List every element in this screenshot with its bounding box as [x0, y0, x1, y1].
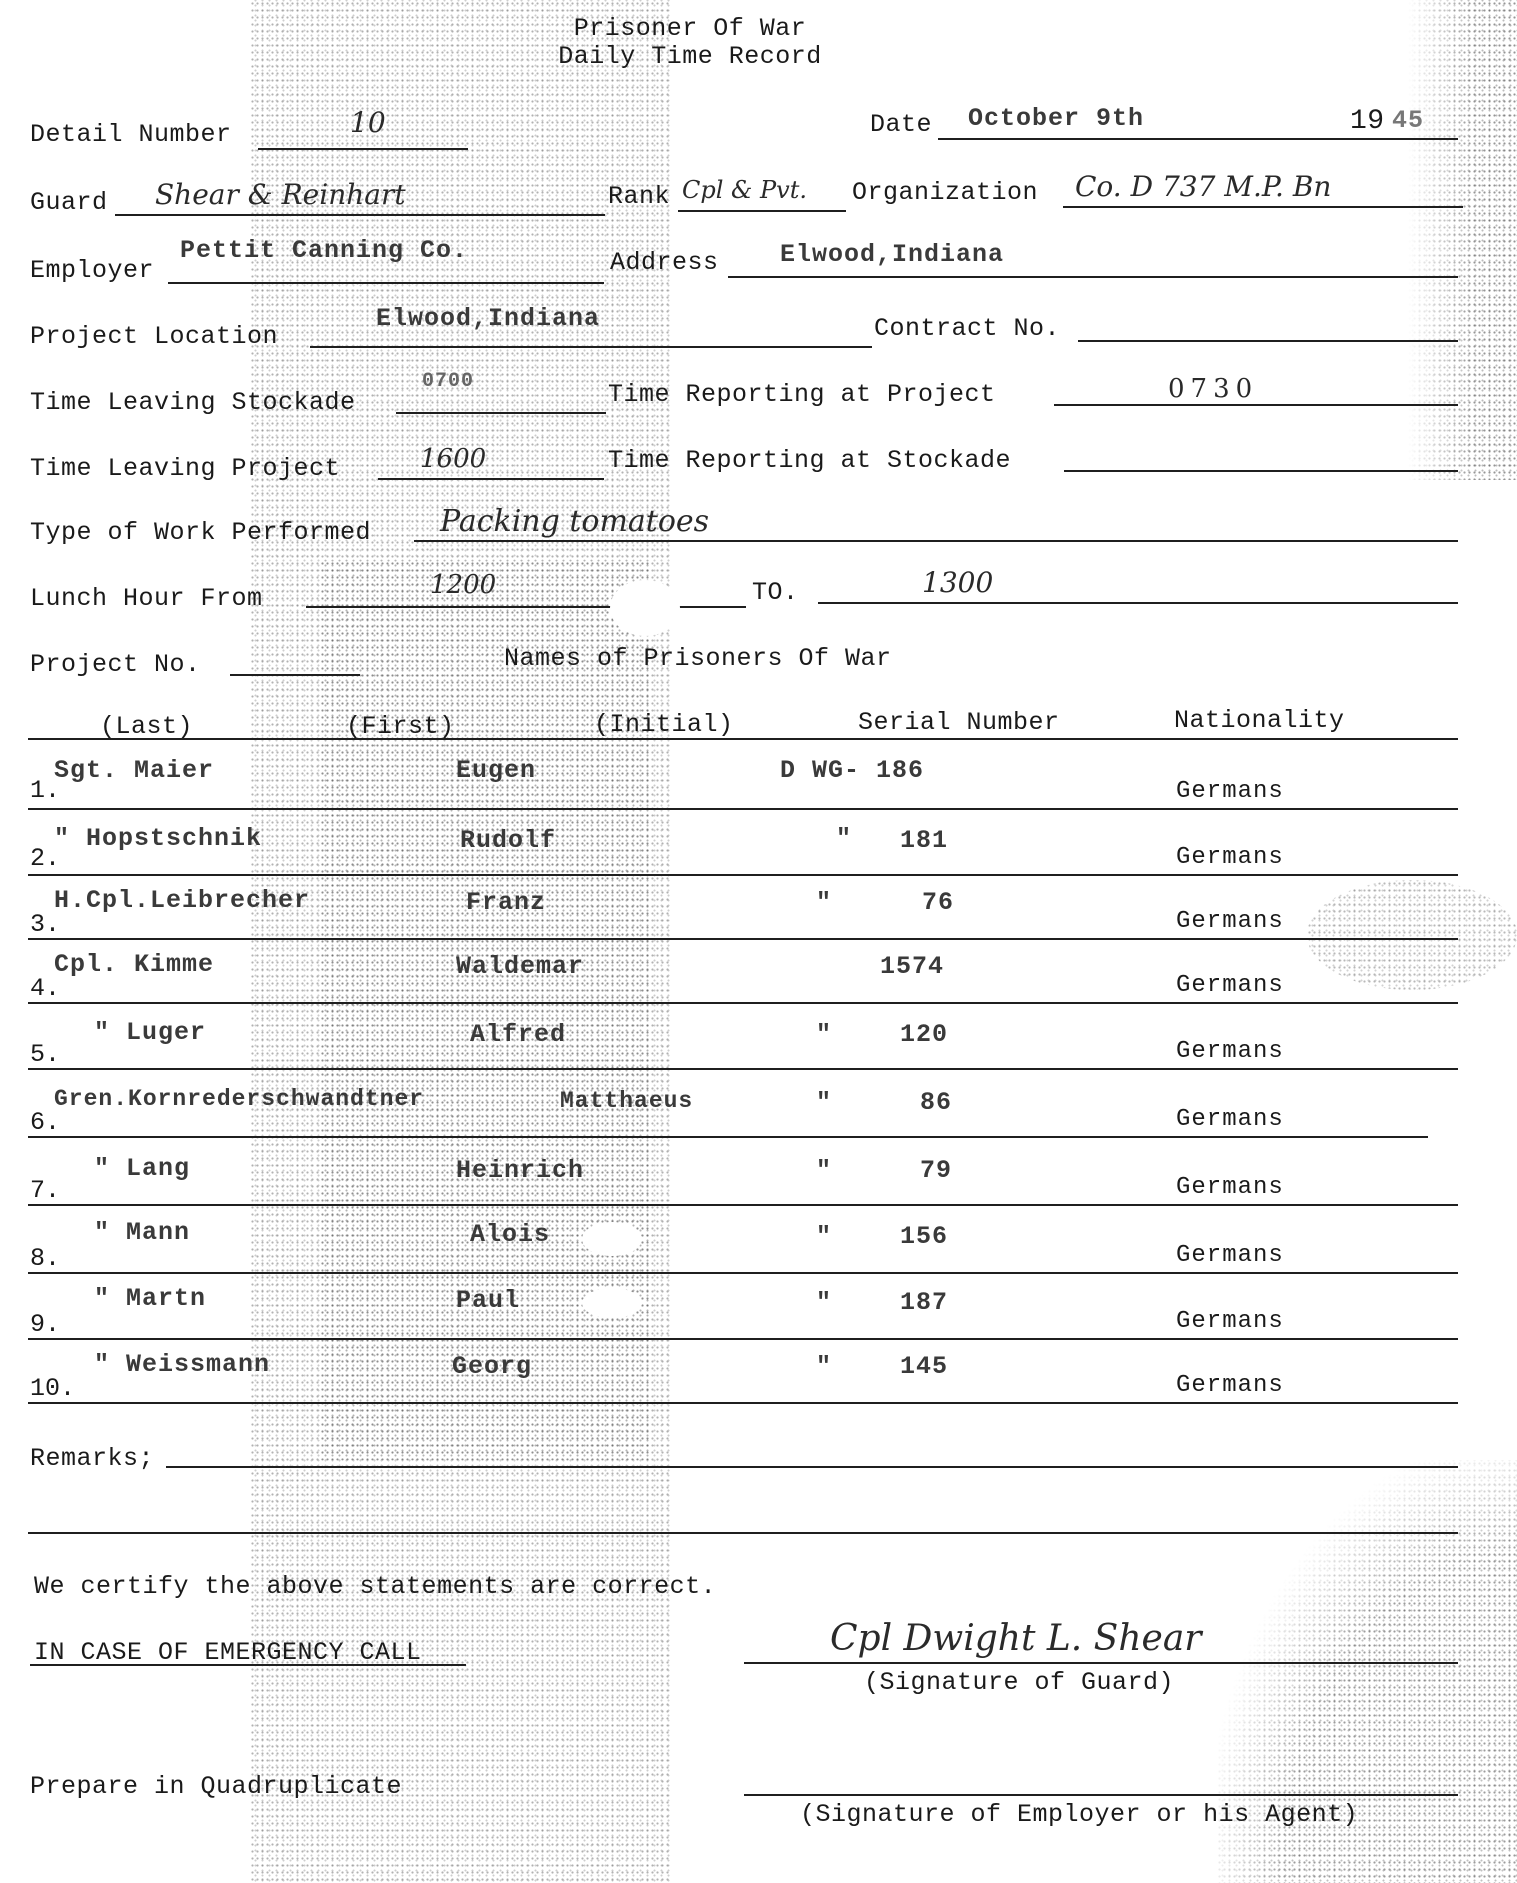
- row-rule: [28, 1204, 1458, 1206]
- prisoner-first-name[interactable]: Eugen: [456, 756, 536, 785]
- organization-line: [1063, 206, 1463, 208]
- prisoner-serial[interactable]: 86: [920, 1088, 952, 1117]
- prisoner-last-name[interactable]: " Lang: [94, 1154, 190, 1183]
- date-label: Date: [870, 110, 932, 139]
- photocopy-noise: [320, 560, 650, 1460]
- date-value[interactable]: October 9th: [968, 104, 1144, 133]
- remarks-label: Remarks;: [30, 1444, 154, 1473]
- prepare-instruction: Prepare in Quadruplicate: [30, 1772, 402, 1801]
- row-rule: [28, 1136, 1428, 1138]
- time-reporting-stockade-line[interactable]: [1064, 470, 1458, 472]
- prisoner-ditto: ": [816, 1088, 832, 1117]
- prisoner-first-name[interactable]: Rudolf: [460, 826, 556, 855]
- table-header-rule: [28, 738, 1458, 740]
- prisoner-last-name[interactable]: " Hopstschnik: [54, 824, 262, 853]
- prisoner-first-name[interactable]: Waldemar: [456, 952, 584, 981]
- lunch-to-line: [818, 602, 1458, 604]
- prisoner-ditto: ": [816, 888, 832, 917]
- correction-blot: [610, 580, 680, 636]
- rank-value[interactable]: Cpl & Pvt.: [682, 176, 807, 204]
- guard-signature-line: [744, 1662, 1458, 1664]
- prisoner-ditto: ": [816, 1352, 832, 1381]
- organization-label: Organization: [852, 178, 1038, 207]
- row-rule: [28, 1068, 1458, 1070]
- prisoner-ditto: ": [816, 1288, 832, 1317]
- row-number: 8.: [30, 1244, 60, 1273]
- lunch-from-line: [306, 606, 746, 608]
- prisoner-last-name[interactable]: Sgt. Maier: [54, 756, 214, 785]
- photocopy-noise: [1407, 0, 1517, 480]
- guard-signature[interactable]: Cpl Dwight L. Shear: [830, 1618, 1202, 1659]
- col-header-initial: (Initial): [594, 710, 734, 739]
- prisoner-serial[interactable]: 156: [900, 1222, 948, 1251]
- prisoner-nationality[interactable]: Germans: [1176, 908, 1284, 935]
- time-leaving-stockade-line: [396, 412, 606, 414]
- contract-no-line[interactable]: [1078, 340, 1458, 342]
- prisoner-serial[interactable]: 187: [900, 1288, 948, 1317]
- prisoner-serial[interactable]: D WG- 186: [780, 756, 924, 785]
- guard-value[interactable]: Shear & Reinhart: [155, 178, 406, 211]
- project-no-line[interactable]: [230, 674, 360, 676]
- prisoner-last-name[interactable]: " Mann: [94, 1218, 190, 1247]
- row-rule: [28, 1002, 1458, 1004]
- prisoner-last-name[interactable]: " Weissmann: [94, 1350, 270, 1379]
- col-header-last: (Last): [100, 712, 193, 741]
- time-reporting-project-value[interactable]: 0730: [1168, 374, 1258, 404]
- prisoner-last-name[interactable]: Gren.Kornrederschwandtner: [54, 1086, 424, 1112]
- prisoner-first-name[interactable]: Heinrich: [456, 1156, 584, 1185]
- row-number: 6.: [30, 1108, 60, 1137]
- prisoners-section-title: Names of Prisoners Of War: [504, 644, 892, 673]
- row-rule: [28, 938, 1458, 940]
- emergency-call-line[interactable]: [30, 1664, 466, 1666]
- form-title-line2: Daily Time Record: [490, 42, 890, 71]
- photocopy-noise: [1307, 880, 1517, 990]
- prisoner-nationality[interactable]: Germans: [1176, 1372, 1284, 1399]
- detail-number-line: [258, 148, 468, 150]
- prisoner-serial[interactable]: 120: [900, 1020, 948, 1049]
- date-year-prefix: 19: [1350, 106, 1385, 137]
- prisoner-serial[interactable]: 1574: [880, 952, 944, 981]
- contract-no-label: Contract No.: [874, 314, 1060, 343]
- employer-label: Employer: [30, 256, 154, 285]
- guard-label: Guard: [30, 188, 108, 217]
- type-of-work-value[interactable]: Packing tomatoes: [440, 504, 709, 539]
- row-rule: [28, 1338, 1458, 1340]
- project-location-label: Project Location: [30, 322, 278, 351]
- detail-number-value[interactable]: 10: [350, 106, 386, 139]
- row-rule: [28, 1272, 1458, 1274]
- lunch-from-label: Lunch Hour From: [30, 584, 263, 613]
- time-reporting-project-line: [1054, 404, 1458, 406]
- col-header-nationality: Nationality: [1174, 706, 1345, 735]
- employer-signature-label: (Signature of Employer or his Agent): [800, 1800, 1358, 1829]
- row-number: 9.: [30, 1310, 60, 1339]
- prisoner-ditto: ": [816, 1222, 832, 1251]
- prisoner-nationality[interactable]: Germans: [1176, 1174, 1284, 1201]
- emergency-call-label: IN CASE OF EMERGENCY CALL: [34, 1638, 422, 1667]
- address-value[interactable]: Elwood,Indiana: [780, 240, 1004, 269]
- guard-line: [115, 214, 605, 216]
- col-header-serial: Serial Number: [858, 708, 1060, 737]
- guard-signature-label: (Signature of Guard): [864, 1668, 1174, 1697]
- prisoner-first-name[interactable]: Matthaeus: [560, 1088, 693, 1114]
- correction-blot: [582, 1222, 642, 1256]
- prisoner-ditto: ": [816, 1156, 832, 1185]
- prisoner-first-name[interactable]: Alois: [470, 1220, 550, 1249]
- time-reporting-stockade-label: Time Reporting at Stockade: [608, 446, 1011, 475]
- prisoner-ditto: ": [836, 824, 852, 853]
- address-line: [728, 276, 1458, 278]
- time-leaving-project-label: Time Leaving Project: [30, 454, 340, 483]
- time-leaving-project-line: [378, 478, 604, 480]
- prisoner-nationality[interactable]: Germans: [1176, 1242, 1284, 1269]
- time-reporting-project-label: Time Reporting at Project: [608, 380, 996, 409]
- prisoner-nationality[interactable]: Germans: [1176, 1038, 1284, 1065]
- prisoner-last-name[interactable]: " Martn: [94, 1284, 206, 1313]
- address-label: Address: [610, 248, 719, 277]
- prisoner-serial[interactable]: 76: [922, 888, 954, 917]
- prisoner-serial[interactable]: 79: [920, 1156, 952, 1185]
- form-title-line1: Prisoner Of War: [490, 14, 890, 43]
- row-rule: [28, 1402, 1458, 1404]
- project-location-line: [310, 346, 872, 348]
- prisoner-first-name[interactable]: Franz: [466, 888, 546, 917]
- prisoner-last-name[interactable]: " Luger: [94, 1018, 206, 1047]
- employer-signature-line[interactable]: [744, 1794, 1458, 1796]
- prisoner-nationality[interactable]: Germans: [1176, 778, 1284, 805]
- prisoner-last-name[interactable]: Cpl. Kimme: [54, 950, 214, 979]
- certify-statement: We certify the above statements are corr…: [34, 1572, 716, 1601]
- row-number: 10.: [30, 1374, 75, 1403]
- time-leaving-project-value[interactable]: 1600: [420, 444, 486, 474]
- remarks-line-2[interactable]: [28, 1532, 1458, 1534]
- prisoner-first-name[interactable]: Georg: [452, 1352, 532, 1381]
- lunch-from-value[interactable]: 1200: [430, 570, 496, 600]
- employer-value[interactable]: Pettit Canning Co.: [180, 236, 468, 265]
- rank-label: Rank: [608, 182, 670, 211]
- rank-line: [678, 210, 846, 212]
- project-no-label: Project No.: [30, 650, 201, 679]
- organization-value[interactable]: Co. D 737 M.P. Bn: [1075, 170, 1331, 203]
- type-of-work-line: [414, 540, 1458, 542]
- remarks-line-1[interactable]: [166, 1466, 1458, 1468]
- type-of-work-label: Type of Work Performed: [30, 518, 371, 547]
- time-leaving-stockade-value[interactable]: 0700: [422, 370, 474, 393]
- employer-line: [168, 282, 604, 284]
- row-rule: [28, 874, 1458, 876]
- prisoner-nationality[interactable]: Germans: [1176, 1106, 1284, 1133]
- correction-blot: [582, 1288, 642, 1318]
- prisoner-last-name[interactable]: H.Cpl.Leibrecher: [54, 886, 310, 915]
- project-location-value[interactable]: Elwood,Indiana: [376, 304, 600, 333]
- date-line: [938, 138, 1458, 140]
- lunch-to-value[interactable]: 1300: [922, 566, 993, 599]
- row-rule: [28, 808, 1458, 810]
- prisoner-ditto: ": [816, 1020, 832, 1049]
- prisoner-nationality[interactable]: Germans: [1176, 844, 1284, 871]
- row-number: 5.: [30, 1040, 60, 1069]
- lunch-to-label: TO.: [752, 578, 799, 607]
- prisoner-serial[interactable]: 145: [900, 1352, 948, 1381]
- col-header-first: (First): [346, 712, 455, 741]
- detail-number-label: Detail Number: [30, 120, 232, 149]
- prisoner-first-name[interactable]: Paul: [456, 1286, 520, 1315]
- date-year-suffix[interactable]: 45: [1392, 106, 1424, 135]
- time-leaving-stockade-label: Time Leaving Stockade: [30, 388, 356, 417]
- prisoner-first-name[interactable]: Alfred: [470, 1020, 566, 1049]
- row-number: 7.: [30, 1176, 60, 1205]
- prisoner-serial[interactable]: 181: [900, 826, 948, 855]
- prisoner-nationality[interactable]: Germans: [1176, 1308, 1284, 1335]
- prisoner-nationality[interactable]: Germans: [1176, 972, 1284, 999]
